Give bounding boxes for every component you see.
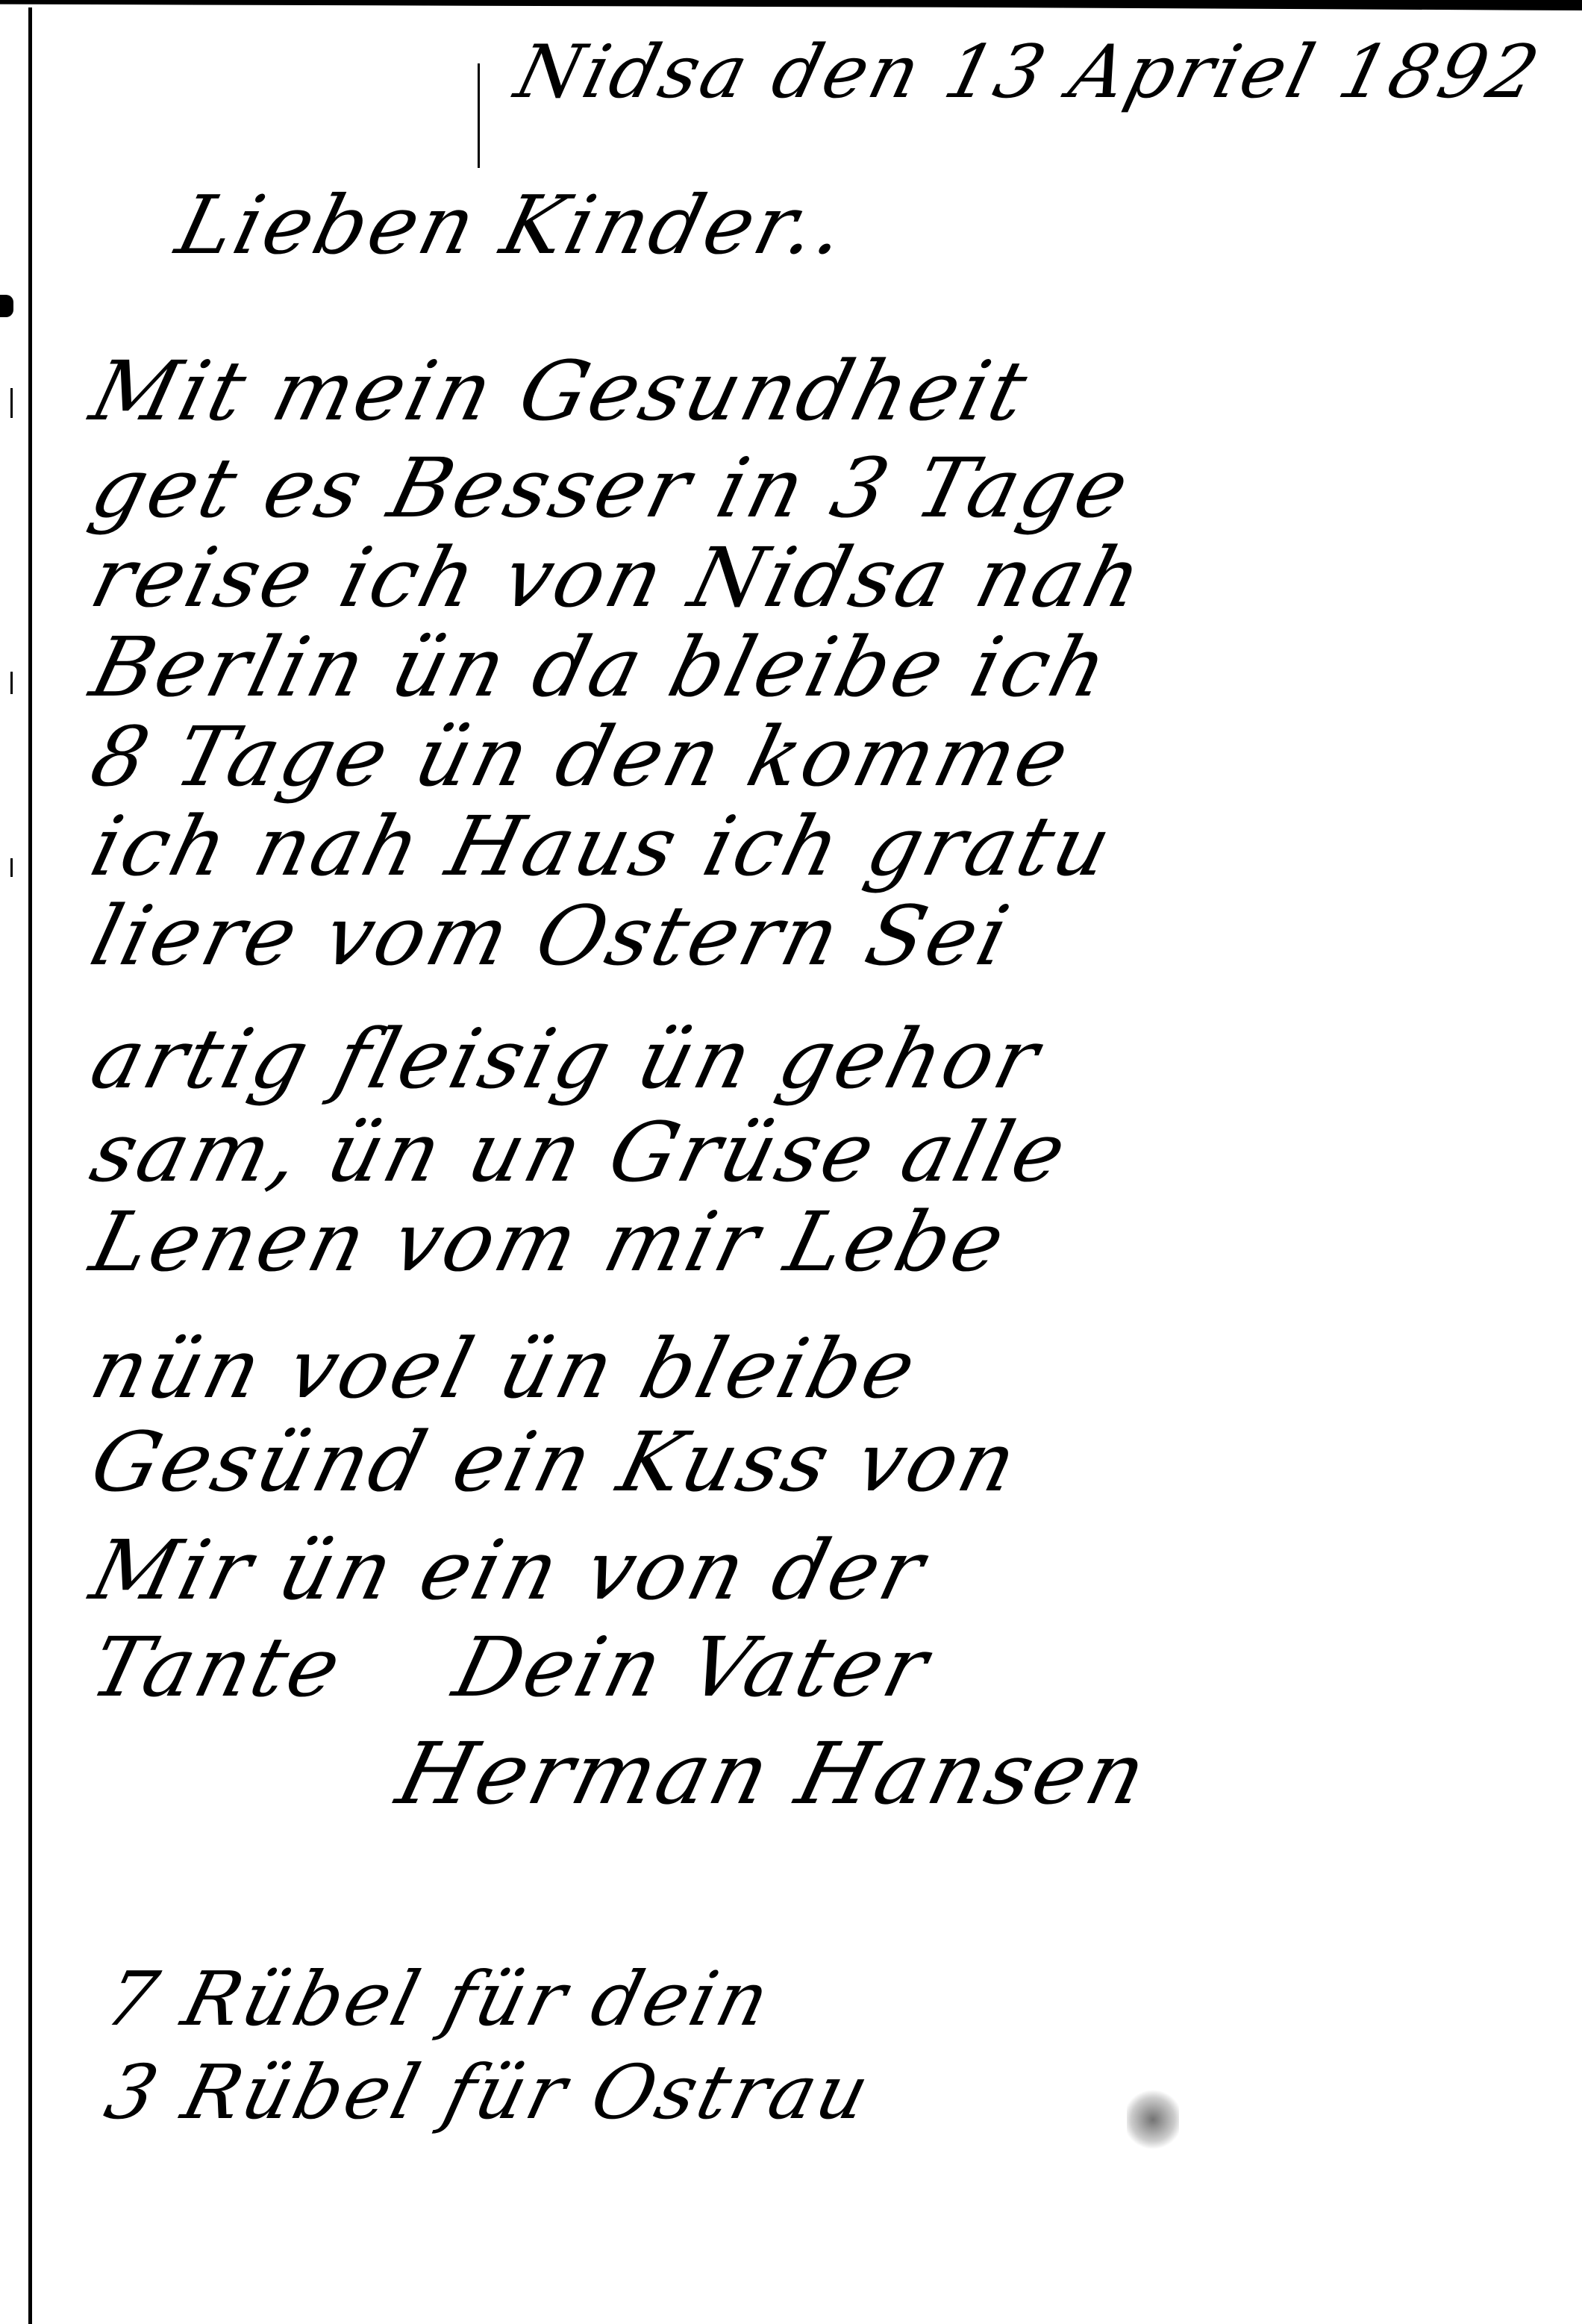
body-line-closing: Tante Dein Vater xyxy=(82,1619,939,1715)
body-line: Gesünd ein Kuss von xyxy=(82,1414,1028,1510)
edge-dash xyxy=(10,858,13,877)
body-line: ich nah Haus ich gratu xyxy=(82,799,1123,894)
scan-top-border xyxy=(0,0,1582,10)
body-line: sam, ün un Grüse alle xyxy=(82,1105,1078,1200)
body-line: reise ich von Nidsa nah xyxy=(82,530,1154,625)
binding-mark xyxy=(0,295,13,317)
ink-smudge xyxy=(1127,2090,1179,2149)
body-line: Lenen vom mir Lebe xyxy=(82,1194,1016,1290)
dateline: Nidsa den 13 Apriel 1892 xyxy=(507,30,1550,115)
body-line: 8 Tage ün den komme xyxy=(82,709,1081,805)
body-line: liere vom Ostern Sei xyxy=(82,888,1021,984)
postscript-line: 3 Rübel für Ostrau xyxy=(97,2049,881,2136)
body-line: get es Besser in 3 Tage xyxy=(82,440,1140,536)
greeting: Lieben Kinder.. xyxy=(168,179,858,272)
edge-dash xyxy=(10,672,13,694)
edge-dash xyxy=(10,388,13,418)
dateline-tick-mark xyxy=(478,63,480,168)
page-margin-line xyxy=(28,7,32,2324)
body-line: artig fleisig ün gehor xyxy=(82,1011,1051,1107)
signature: Herman Hansen xyxy=(388,1724,1158,1823)
body-line: Mit mein Gesundheit xyxy=(82,343,1039,439)
body-line: Berlin ün da bleibe ich xyxy=(82,619,1119,715)
body-line: nün voel ün bleibe xyxy=(82,1321,928,1416)
body-line: Mir ün ein von der xyxy=(82,1522,936,1618)
postscript-line: 7 Rübel für dein xyxy=(97,1955,781,2043)
letter-page: Nidsa den 13 Apriel 1892 Lieben Kinder..… xyxy=(0,0,1582,2324)
